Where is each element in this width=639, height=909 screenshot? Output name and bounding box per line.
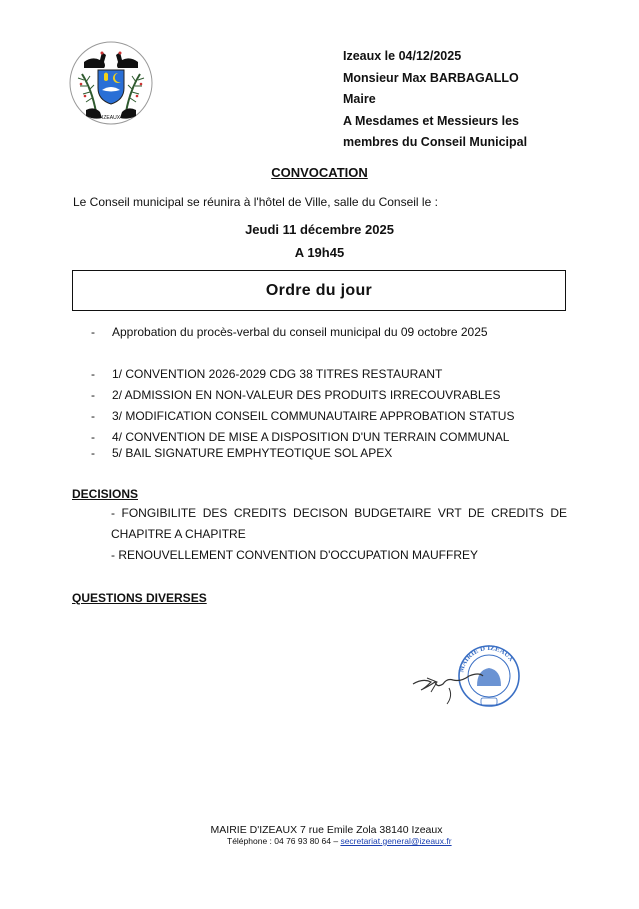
agenda-item-text: 1/ CONVENTION 2026-2029 CDG 38 TITRES RE… [112, 367, 442, 381]
coat-of-arms-logo: IZEAUX [68, 40, 154, 126]
mayor-title: Maire [343, 89, 527, 111]
decision-item-2: - RENOUVELLEMENT CONVENTION D'OCCUPATION… [111, 545, 567, 566]
bullet-dash: - [91, 409, 112, 423]
agenda-title: Ordre du jour [266, 282, 372, 300]
agenda-item-text: 4/ CONVENTION DE MISE A DISPOSITION D'UN… [112, 430, 509, 444]
agenda-item: -1/ CONVENTION 2026-2029 CDG 38 TITRES R… [91, 367, 442, 381]
decision-item-1-line-2: CHAPITRE A CHAPITRE [111, 524, 567, 545]
svg-text:IZEAUX: IZEAUX [102, 115, 121, 121]
bullet-dash: - [91, 325, 112, 339]
meeting-date: Jeudi 11 décembre 2025 [0, 222, 639, 237]
footer-phone: Téléphone : 04 76 93 80 64 – [227, 836, 340, 846]
convocation-title: CONVOCATION [271, 165, 368, 180]
agenda-title-box: Ordre du jour [72, 270, 566, 311]
place-date: Izeaux le 04/12/2025 [343, 46, 527, 68]
decision-item-1-line-1: - FONGIBILITE DES CREDITS DECISON BUDGET… [111, 503, 567, 524]
agenda-item-text: 3/ MODIFICATION CONSEIL COMMUNAUTAIRE AP… [112, 409, 514, 423]
decisions-list: - FONGIBILITE DES CREDITS DECISON BUDGET… [111, 503, 567, 566]
footer-contact: Téléphone : 04 76 93 80 64 – secretariat… [227, 836, 452, 846]
convocation-intro: Le Conseil municipal se réunira à l'hôte… [73, 195, 438, 209]
decisions-heading: DECISIONS [72, 487, 138, 501]
bullet-dash: - [91, 430, 112, 444]
footer-email-link[interactable]: secretariat.general@izeaux.fr [340, 836, 451, 846]
agenda-approval-text: Approbation du procès-verbal du conseil … [112, 325, 488, 339]
bullet-dash: - [91, 367, 112, 381]
bullet-dash: - [91, 446, 112, 460]
convocation-heading: CONVOCATION [0, 165, 639, 180]
bullet-dash: - [91, 388, 112, 402]
recipients-line-1: A Mesdames et Messieurs les [343, 111, 527, 133]
agenda-item-text: 2/ ADMISSION EN NON-VALEUR DES PRODUITS … [112, 388, 501, 402]
recipients-line-2: membres du Conseil Municipal [343, 132, 527, 154]
questions-heading: QUESTIONS DIVERSES [72, 591, 207, 605]
signature-stamp: MAIRIE D'IZEAUX [405, 642, 525, 714]
footer-address-text: MAIRIE D'IZEAUX 7 rue Emile Zola 38140 I… [211, 824, 443, 836]
footer-address: MAIRIE D'IZEAUX 7 rue Emile Zola 38140 I… [0, 824, 639, 836]
meeting-time: A 19h45 [0, 245, 639, 260]
agenda-item-text: 5/ BAIL SIGNATURE EMPHYTEOTIQUE SOL APEX [112, 446, 392, 460]
agenda-item: -4/ CONVENTION DE MISE A DISPOSITION D'U… [91, 430, 509, 444]
mayor-name: Monsieur Max BARBAGALLO [343, 68, 527, 90]
agenda-item: -2/ ADMISSION EN NON-VALEUR DES PRODUITS… [91, 388, 501, 402]
agenda-item: -3/ MODIFICATION CONSEIL COMMUNAUTAIRE A… [91, 409, 514, 423]
recipient-block: Izeaux le 04/12/2025 Monsieur Max BARBAG… [343, 46, 527, 154]
agenda-item: -5/ BAIL SIGNATURE EMPHYTEOTIQUE SOL APE… [91, 446, 392, 460]
agenda-approval: -Approbation du procès-verbal du conseil… [91, 325, 488, 339]
